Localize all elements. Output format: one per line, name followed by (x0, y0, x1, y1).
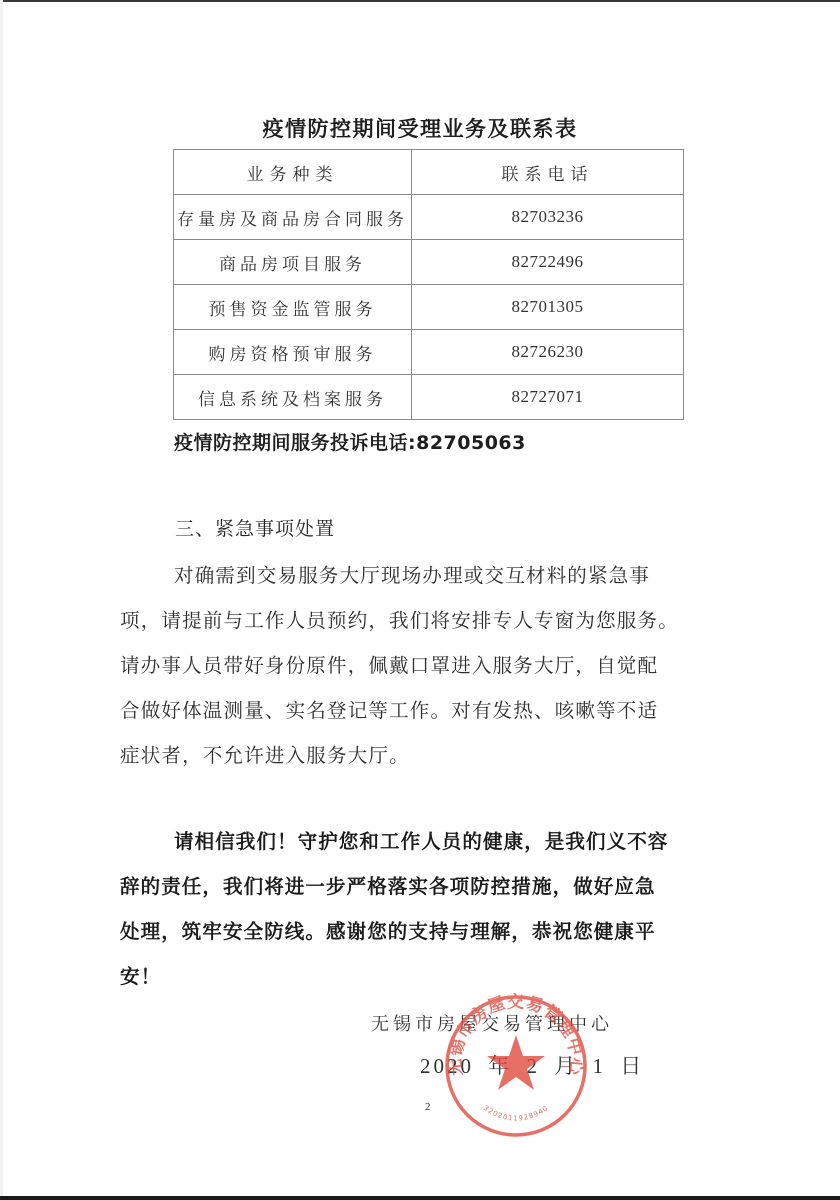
paragraph-line: 辞的责任，我们将进一步严格落实各项防控措施，做好应急 (120, 864, 740, 909)
paragraph-line: 对确需到交易服务大厅现场办理或交互材料的紧急事 (120, 553, 740, 598)
category-cell: 存量房及商品房合同服务 (174, 195, 412, 240)
phone-cell: 82722496 (412, 240, 684, 285)
signature-organization: 无锡市房屋交易管理中心 (371, 1010, 613, 1036)
table-header-row: 业务种类 联系电话 (174, 150, 684, 195)
category-cell: 预售资金监管服务 (174, 285, 412, 330)
table-row: 信息系统及档案服务 82727071 (174, 375, 684, 420)
paragraph-line: 安！ (120, 954, 740, 999)
phone-cell: 82726230 (412, 330, 684, 375)
table-row: 购房资格预审服务 82726230 (174, 330, 684, 375)
closing-paragraph: 请相信我们！守护您和工作人员的健康，是我们义不容 辞的责任，我们将进一步严格落实… (120, 819, 740, 999)
contact-table: 业务种类 联系电话 存量房及商品房合同服务 82703236 商品房项目服务 8… (173, 149, 684, 420)
table-row: 存量房及商品房合同服务 82703236 (174, 195, 684, 240)
svg-text:3202011928940: 3202011928940 (482, 1104, 550, 1123)
phone-cell: 82703236 (412, 195, 684, 240)
paragraph-line: 请办事人员带好身份原件，佩戴口罩进入服务大厅，自觉配 (120, 643, 740, 688)
paragraph-line: 症状者，不允许进入服务大厅。 (120, 733, 740, 778)
phone-cell: 82701305 (412, 285, 684, 330)
header-category: 业务种类 (174, 150, 412, 195)
complaint-hotline: 疫情防控期间服务投诉电话:82705063 (174, 428, 526, 455)
category-cell: 商品房项目服务 (174, 240, 412, 285)
paragraph-line: 合做好体温测量、实名登记等工作。对有发热、咳嗽等不适 (120, 688, 740, 733)
header-phone: 联系电话 (412, 150, 684, 195)
page-number: 2 (425, 1101, 431, 1113)
section-heading: 三、紧急事项处置 (175, 514, 335, 541)
category-cell: 购房资格预审服务 (174, 330, 412, 375)
paragraph-line: 请相信我们！守护您和工作人员的健康，是我们义不容 (120, 819, 740, 864)
scan-edge-top (0, 0, 840, 2)
emergency-paragraph: 对确需到交易服务大厅现场办理或交互材料的紧急事 项，请提前与工作人员预约，我们将… (120, 553, 740, 778)
table-row: 商品房项目服务 82722496 (174, 240, 684, 285)
phone-cell: 82727071 (412, 375, 684, 420)
scan-edge-bottom (0, 1196, 840, 1200)
category-cell: 信息系统及档案服务 (174, 375, 412, 420)
signature-date: 2020 年 2 月 1 日 (420, 1050, 644, 1080)
table-row: 预售资金监管服务 82701305 (174, 285, 684, 330)
paragraph-line: 项，请提前与工作人员预约，我们将安排专人专窗为您服务。 (120, 598, 740, 643)
scan-edge-left (0, 0, 3, 1200)
seal-code: 3202011928940 (482, 1104, 550, 1123)
paragraph-line: 处理，筑牢安全防线。感谢您的支持与理解，恭祝您健康平 (120, 909, 740, 954)
table-title: 疫情防控期间受理业务及联系表 (0, 113, 840, 143)
